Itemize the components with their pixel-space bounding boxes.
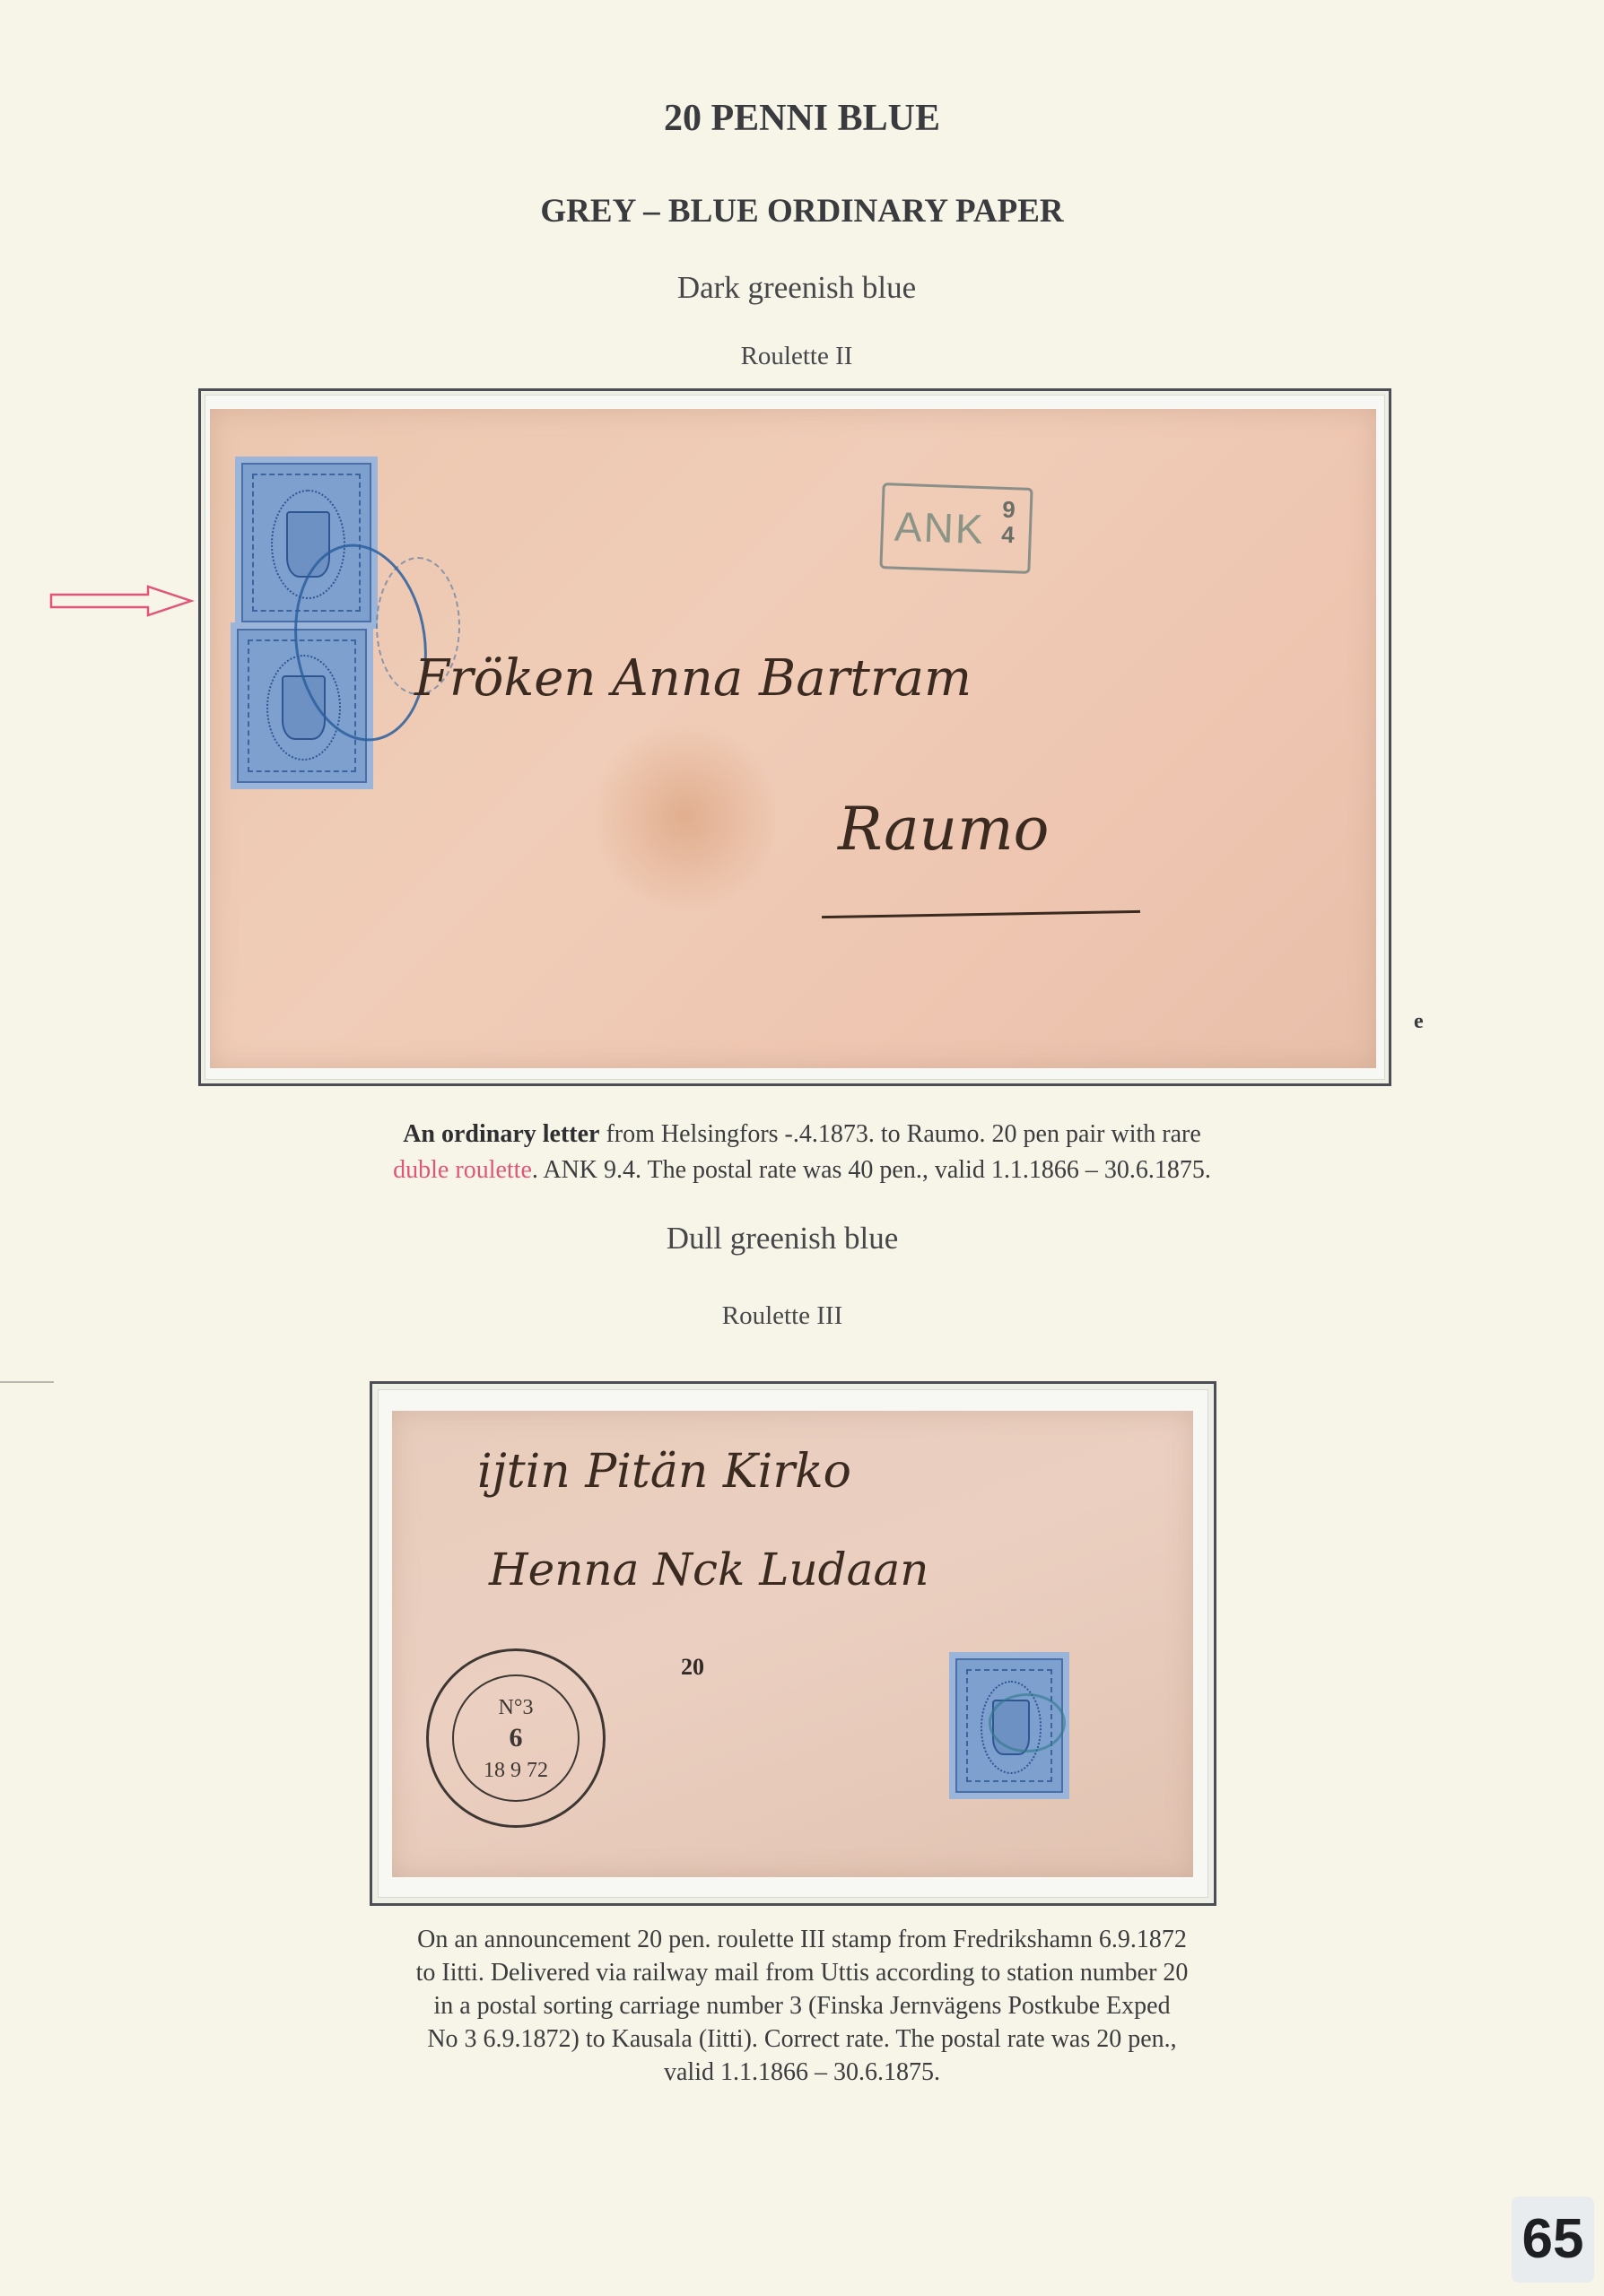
page-number: 65 [1512,2196,1594,2283]
caption-1-line-1: from Helsingfors -.4.1873. to Raumo. 20 … [599,1120,1200,1148]
address-line-2: Raumo [838,795,1049,864]
ank-cancel-box: ANK 9 4 [879,483,1033,574]
cover-frame-2: ijtin Pitän Kirko Henna Nck Ludaan 20 N°… [370,1381,1216,1906]
caption-2-line: to Iitti. Delivered via railway mail fro… [0,1956,1604,1989]
stamp-cancel [989,1693,1066,1752]
shade-heading-2: Dull greenish blue [0,1221,1584,1257]
margin-mark [0,1381,54,1383]
stain [596,714,775,920]
envelope-1[interactable]: ANK 9 4 Fröken Anna Bartram Raumo [210,409,1376,1068]
caption-1-line-2: . ANK 9.4. The postal rate was 40 pen., … [532,1156,1211,1184]
page-subtitle: GREY – BLUE ORDINARY PAPER [0,192,1604,230]
railway-postmark: N°3 6 18 9 72 [426,1648,606,1828]
caption-2-line: in a postal sorting carriage number 3 (F… [0,1989,1604,2022]
side-mark: e [1414,1010,1424,1034]
caption-2-line: On an announcement 20 pen. roulette III … [0,1923,1604,1956]
address-line-1: ijtin Pitän Kirko [477,1445,851,1499]
address-underline [822,910,1140,918]
roulette-heading-1: Roulette II [0,342,1599,371]
roulette-heading-2: Roulette III [0,1301,1584,1331]
page-title: 20 PENNI BLUE [0,97,1604,140]
shade-heading-1: Dark greenish blue [0,270,1599,306]
caption-1-lead: An ordinary letter [403,1120,599,1148]
caption-2-line: valid 1.1.1866 – 30.6.1875. [0,2056,1604,2089]
red-arrow-icon [49,585,195,617]
caption-1: An ordinary letter from Helsingfors -.4.… [0,1117,1604,1188]
address-line-1: Fröken Anna Bartram [414,649,972,708]
envelope-2[interactable]: ijtin Pitän Kirko Henna Nck Ludaan 20 N°… [392,1411,1193,1877]
address-line-2: Henna Nck Ludaan [489,1544,928,1596]
caption-2: On an announcement 20 pen. roulette III … [0,1923,1604,2089]
caption-1-highlight: duble roulette [393,1156,532,1184]
cover-frame-1: ANK 9 4 Fröken Anna Bartram Raumo [198,388,1391,1086]
charge-mark: 20 [681,1654,704,1681]
caption-2-line: No 3 6.9.1872) to Kausala (Iitti). Corre… [0,2022,1604,2056]
